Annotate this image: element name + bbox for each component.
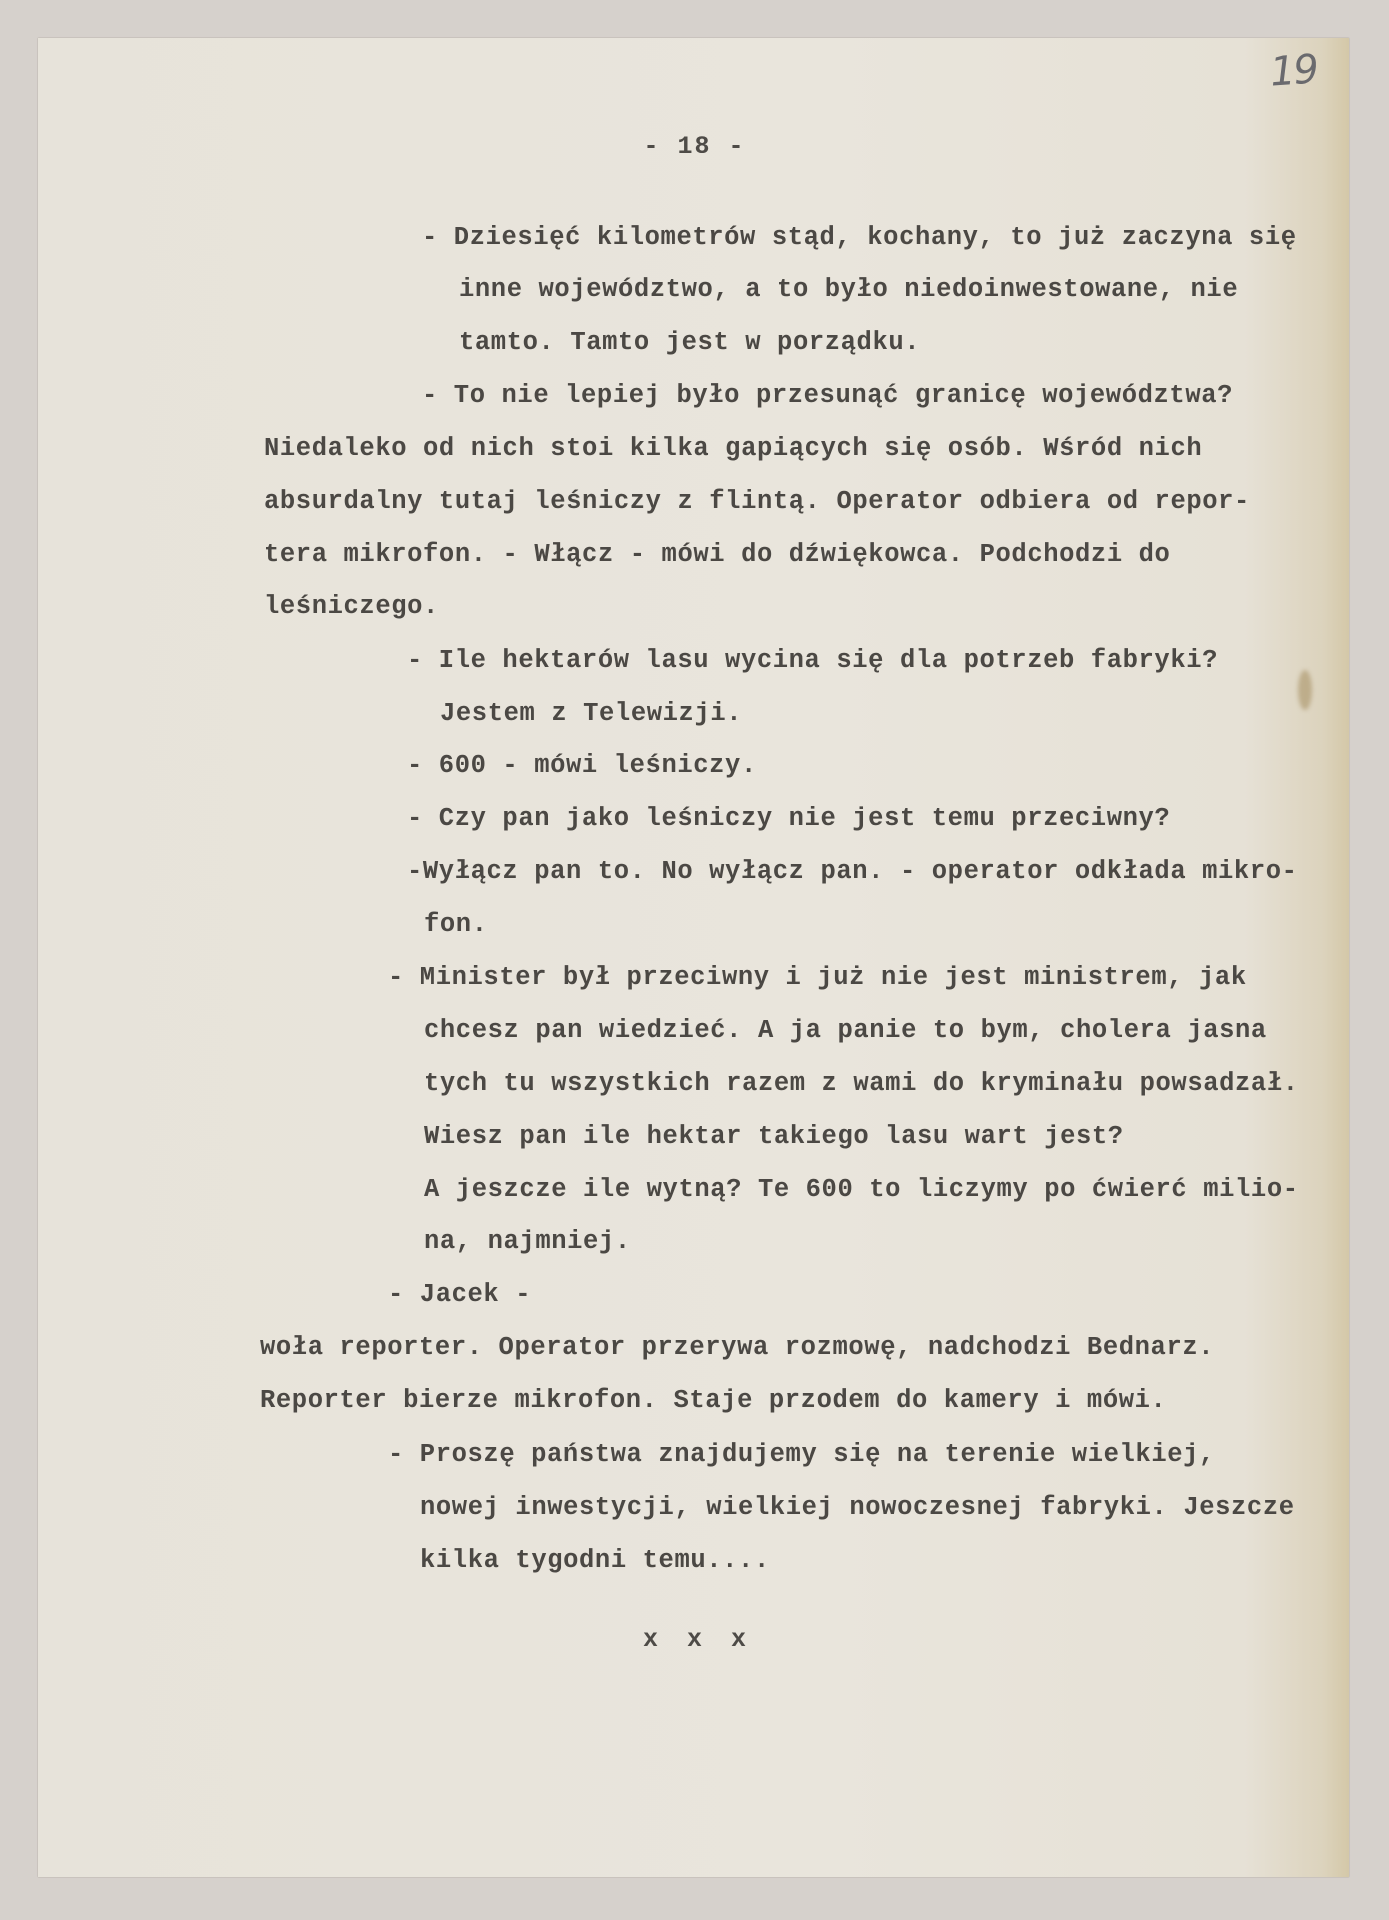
text-line: Jestem z Telewizji. bbox=[440, 699, 742, 729]
text-line: - Minister był przeciwny i już nie jest … bbox=[388, 963, 1247, 993]
text-line: Wiesz pan ile hektar takiego lasu wart j… bbox=[424, 1122, 1124, 1152]
text-line: nowej inwestycji, wielkiej nowoczesnej f… bbox=[420, 1493, 1295, 1523]
text-line: - Czy pan jako leśniczy nie jest temu pr… bbox=[407, 804, 1170, 834]
text-line: - Proszę państwa znajdujemy się na teren… bbox=[388, 1440, 1215, 1470]
text-line: - Ile hektarów lasu wycina się dla potrz… bbox=[407, 646, 1218, 676]
text-line: kilka tygodni temu.... bbox=[420, 1546, 770, 1576]
archive-page-number: 19 bbox=[1268, 46, 1318, 95]
text-line: - 600 - mówi leśniczy. bbox=[407, 751, 757, 781]
text-line: tych tu wszystkich razem z wami do krymi… bbox=[424, 1069, 1299, 1099]
text-line: A jeszcze ile wytną? Te 600 to liczymy p… bbox=[424, 1175, 1299, 1205]
text-line: woła reporter. Operator przerywa rozmowę… bbox=[260, 1333, 1214, 1363]
text-line: absurdalny tutaj leśniczy z flintą. Oper… bbox=[264, 487, 1250, 517]
text-line: Reporter bierze mikrofon. Staje przodem … bbox=[260, 1386, 1166, 1416]
text-line: -Wyłącz pan to. No wyłącz pan. - operato… bbox=[407, 857, 1298, 887]
text-line: tamto. Tamto jest w porządku. bbox=[459, 328, 920, 358]
paper-stain bbox=[1298, 670, 1312, 710]
section-separator: x x x bbox=[0, 1625, 1389, 1654]
page-number: - 18 - bbox=[0, 132, 1389, 161]
text-line: - Jacek - bbox=[388, 1280, 531, 1310]
text-line: fon. bbox=[424, 910, 488, 940]
text-line: na, najmniej. bbox=[424, 1227, 631, 1257]
text-line: Niedaleko od nich stoi kilka gapiących s… bbox=[264, 434, 1202, 464]
text-line: chcesz pan wiedzieć. A ja panie to bym, … bbox=[424, 1016, 1267, 1046]
text-line: - To nie lepiej było przesunąć granicę w… bbox=[422, 381, 1233, 411]
document-page bbox=[38, 38, 1349, 1877]
text-line: tera mikrofon. - Włącz - mówi do dźwięko… bbox=[264, 540, 1170, 570]
text-line: inne województwo, a to było niedoinwesto… bbox=[459, 275, 1238, 305]
text-line: - Dziesięć kilometrów stąd, kochany, to … bbox=[422, 223, 1297, 253]
text-line: leśniczego. bbox=[264, 592, 439, 622]
